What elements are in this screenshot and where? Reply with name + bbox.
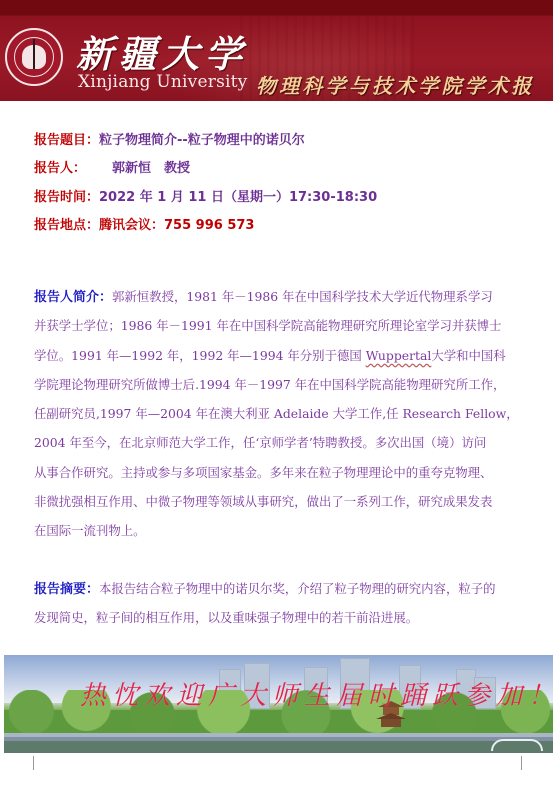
- university-seal-icon: [5, 28, 63, 86]
- banner-lake: [4, 733, 553, 753]
- location-label: 报告地点：: [34, 214, 99, 233]
- topic-value: 粒子物理简介--粒子物理中的诺贝尔: [99, 129, 305, 148]
- abstract-line: 发现简史，粒子间的相互作用，以及重味强子物理中的若干前沿进展。: [34, 603, 524, 632]
- time-value: 2022 年 1 月 11 日（星期一）17:30-18:30: [99, 186, 377, 205]
- topic-row: 报告题目： 粒子物理简介--粒子物理中的诺贝尔: [34, 124, 377, 153]
- speaker-row: 报告人： 郭新恒 教授: [34, 153, 377, 182]
- bio-line: 任副研究员,1997 年—2004 年在澳大利亚 Adelaide 大学工作,任…: [34, 399, 524, 428]
- bio-line: 学位。1991 年—1992 年，1992 年—1994 年分别于德国 Wupp…: [34, 341, 524, 370]
- speaker-bio: 报告人简介：郭新恒教授，1981 年－1986 年在中国科学技术大学近代物理系学…: [34, 282, 524, 546]
- abstract-heading: 报告摘要：: [34, 582, 99, 597]
- seal-inner-ring: [14, 37, 54, 77]
- bio-heading: 报告人简介：: [34, 290, 112, 305]
- time-label: 报告时间：: [34, 186, 99, 205]
- bio-line: 在国际一流刊物上。: [34, 516, 524, 545]
- university-name-english: Xinjiang University: [78, 72, 247, 92]
- abstract-line: 报告摘要：本报告结合粒子物理中的诺贝尔奖，介绍了粒子物理的研究内容，粒子的: [34, 574, 524, 603]
- page-margin-mark: [33, 756, 34, 770]
- bio-line: 报告人简介：郭新恒教授，1981 年－1986 年在中国科学技术大学近代物理系学…: [34, 282, 524, 311]
- university-name-chinese: 新疆大学: [76, 24, 248, 78]
- spellcheck-underlined-word: Wuppertal: [366, 348, 432, 363]
- speaker-label: 报告人：: [34, 157, 86, 176]
- pavilion-body: [381, 719, 401, 727]
- header-banner: 新疆大学 Xinjiang University 物理科学与技术学院学术报告: [0, 0, 553, 101]
- bridge-icon: [491, 739, 543, 751]
- report-abstract: 报告摘要：本报告结合粒子物理中的诺贝尔奖，介绍了粒子物理的研究内容，粒子的 发现…: [34, 574, 524, 633]
- bio-line: 2004 年至今，在北京师范大学工作，任‘京师学者’特聘教授。多次出国（境）访问: [34, 428, 524, 457]
- college-report-title: 物理科学与技术学院学术报告: [256, 70, 553, 101]
- abstract-text: 本报告结合粒子物理中的诺贝尔奖，介绍了粒子物理的研究内容，粒子的: [99, 581, 496, 596]
- page-margin-mark: [521, 756, 522, 770]
- location-row: 报告地点： 腾讯会议：755 996 573: [34, 210, 377, 239]
- welcome-text: 热忱欢迎广大师生届时踊跃参加！: [80, 675, 553, 712]
- time-row: 报告时间： 2022 年 1 月 11 日（星期一）17:30-18:30: [34, 181, 377, 210]
- topic-label: 报告题目：: [34, 129, 99, 148]
- bio-text: 学位。1991 年—1992 年，1992 年—1994 年分别于德国: [34, 348, 366, 363]
- seal-flower-emblem: [22, 45, 46, 69]
- welcome-banner-photo: 热忱欢迎广大师生届时踊跃参加！: [4, 655, 553, 753]
- bio-text: 大学和中国科: [431, 348, 505, 363]
- bio-line: 并获学士学位；1986 年－1991 年在中国科学院高能物理研究所理论室学习并获…: [34, 311, 524, 340]
- bio-line: 非微扰强相互作用、中微子物理等领域从事研究，做出了一系列工作，研究成果发表: [34, 487, 524, 516]
- header-top-band: [0, 0, 553, 15]
- bio-line: 从事合作研究。主持或参与多项国家基金。多年来在粒子物理理论中的重夸克物理、: [34, 458, 524, 487]
- bio-text: 郭新恒教授，1981 年－1986 年在中国科学技术大学近代物理系学习: [112, 289, 493, 304]
- speaker-value: 郭新恒 教授: [112, 157, 190, 176]
- location-value: 腾讯会议：755 996 573: [99, 214, 254, 233]
- bio-line: 学院理论物理研究所做博士后.1994 年－1997 年在中国科学院高能物理研究所…: [34, 370, 524, 399]
- report-info: 报告题目： 粒子物理简介--粒子物理中的诺贝尔 报告人： 郭新恒 教授 报告时间…: [34, 124, 377, 238]
